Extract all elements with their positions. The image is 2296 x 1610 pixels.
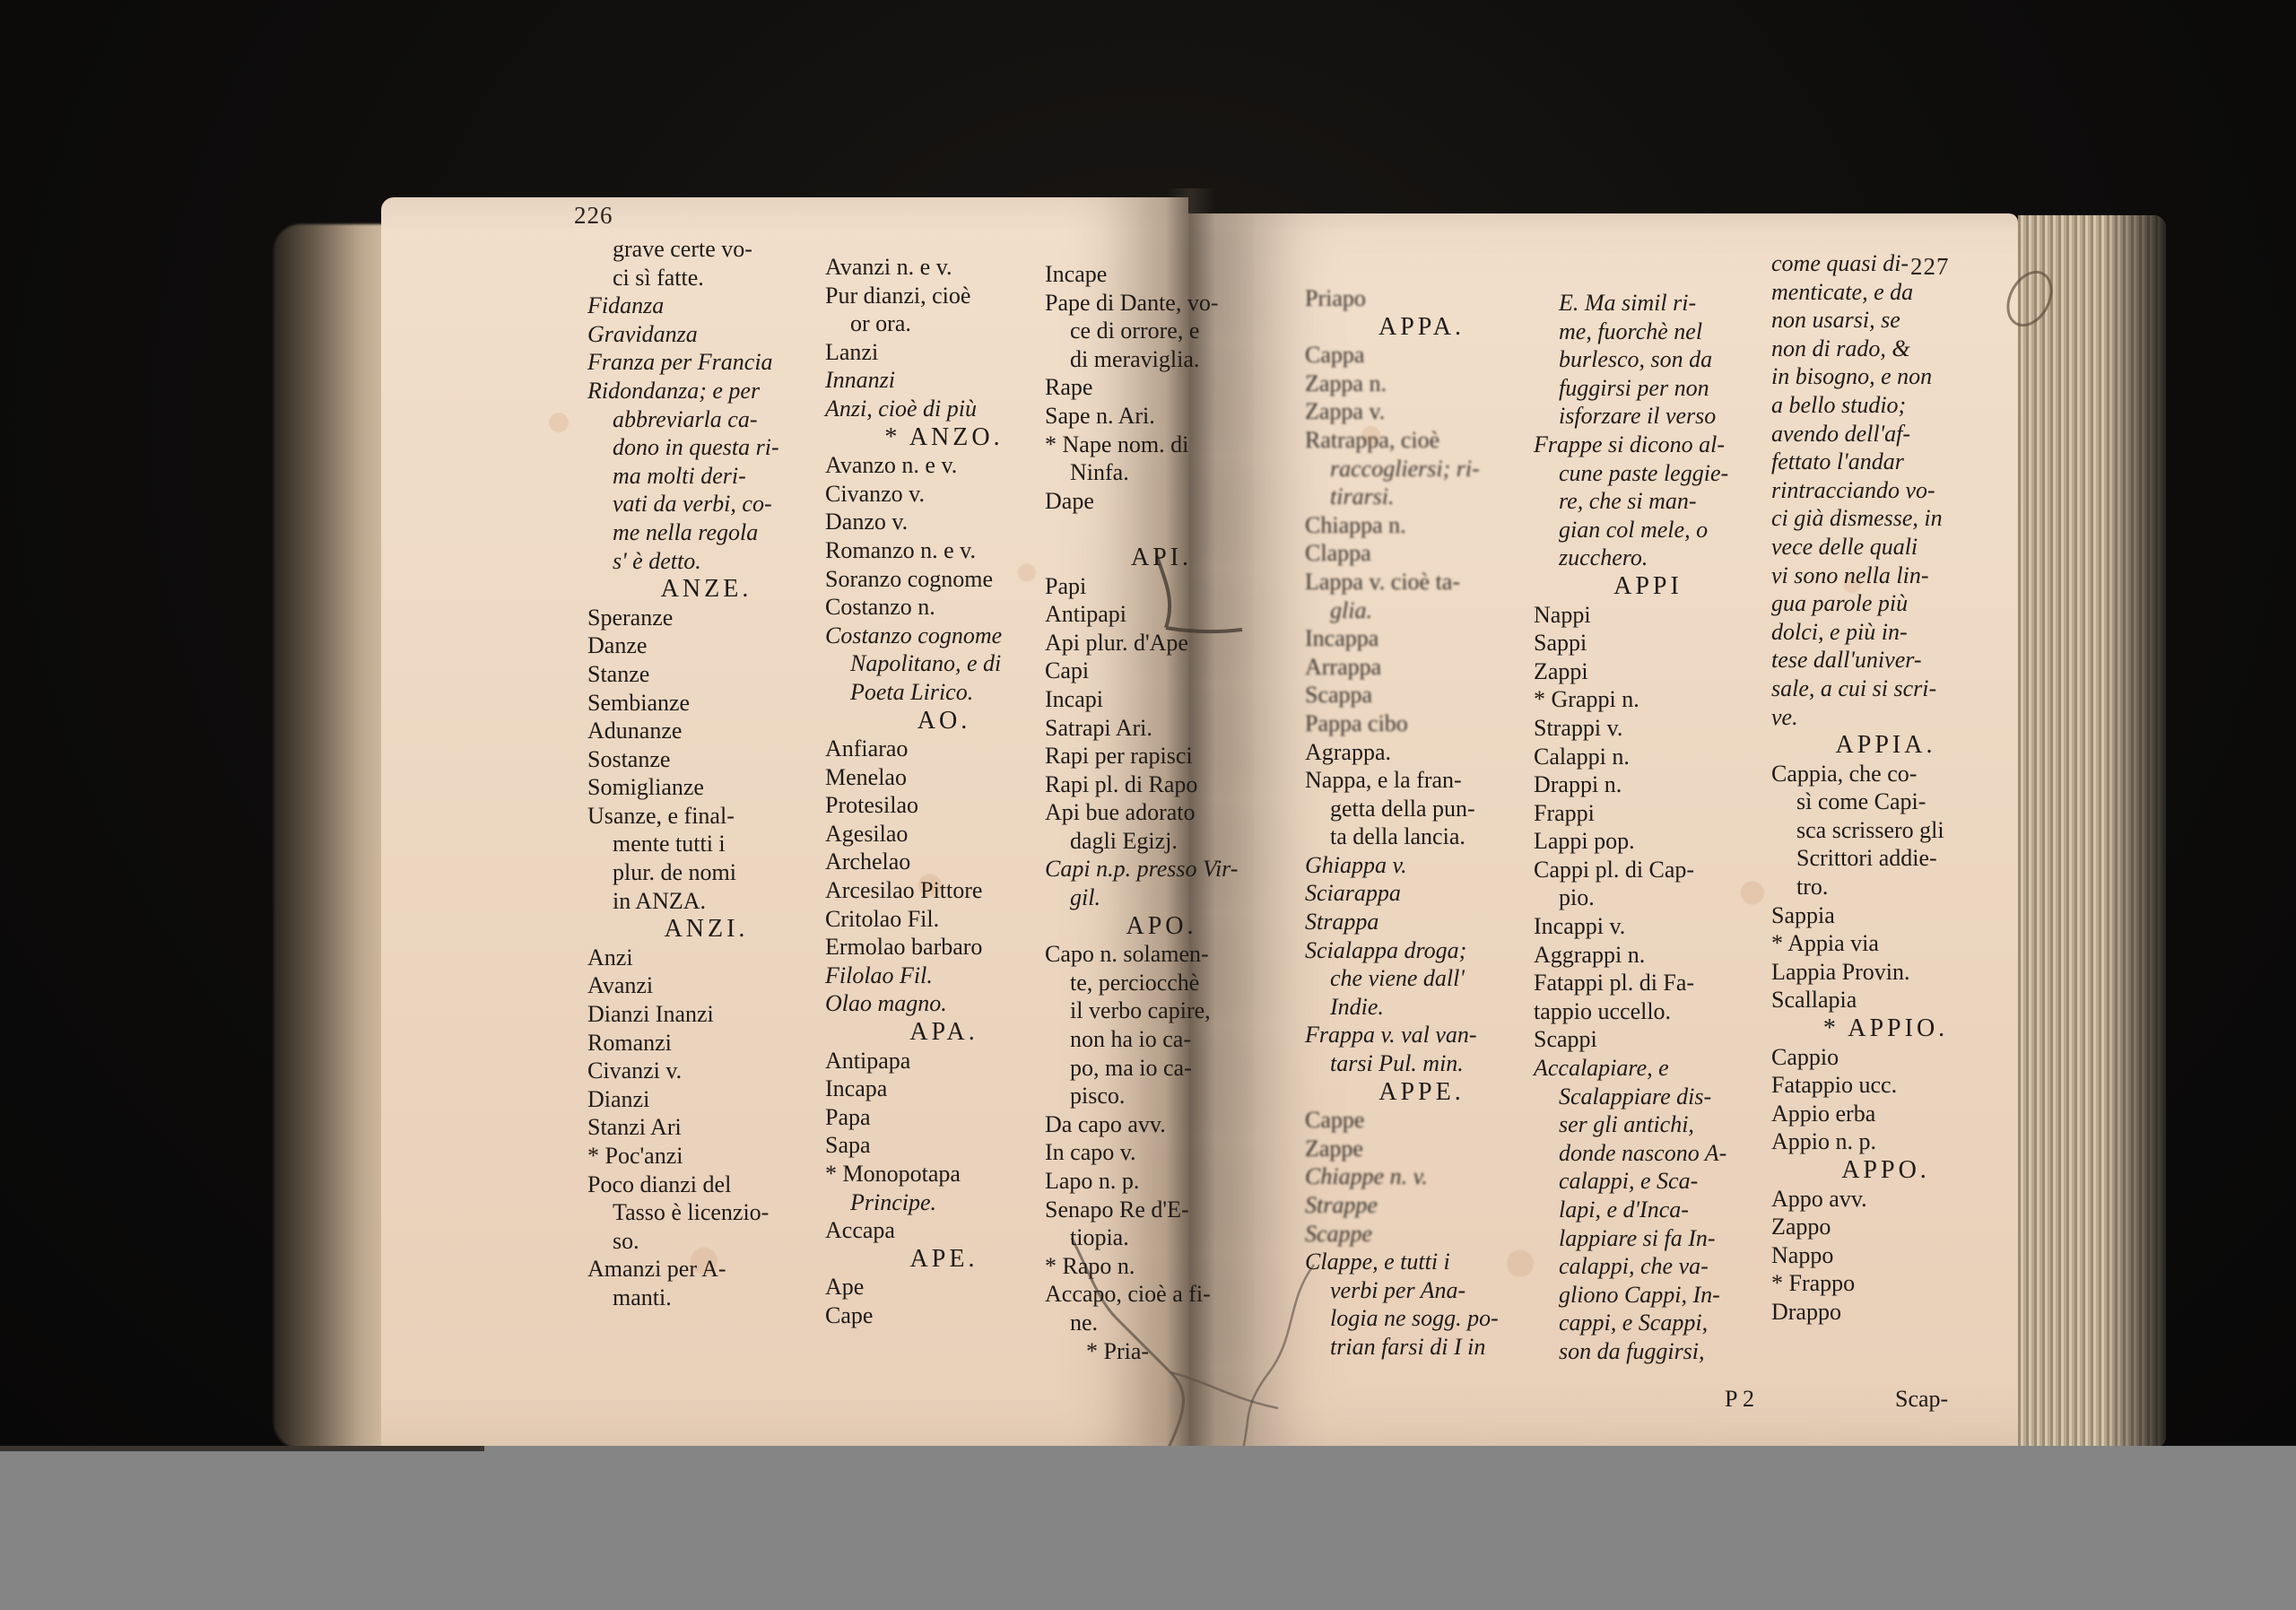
dictionary-line: pio. bbox=[1534, 883, 1762, 912]
dictionary-line: Arcesilao Pittore bbox=[825, 876, 1063, 905]
dictionary-line: cune paste leggie- bbox=[1534, 459, 1762, 488]
dictionary-line: Fatappi pl. di Fa- bbox=[1534, 969, 1762, 997]
dictionary-line: Anfiarao bbox=[825, 735, 1063, 763]
left-page-edges bbox=[274, 224, 395, 1449]
left-page-column-1: grave certe vo-ci sì fatte.FidanzaGravid… bbox=[587, 235, 825, 1312]
dictionary-line: Lappia Provin. bbox=[1771, 958, 2000, 987]
dictionary-line: Da capo avv. bbox=[1045, 1110, 1278, 1139]
dictionary-line: Principe. bbox=[825, 1188, 1063, 1217]
dictionary-line: Pappa cibo bbox=[1305, 709, 1538, 738]
dictionary-line: Cappi pl. di Cap- bbox=[1534, 856, 1762, 884]
dictionary-line: Filolao Fil. bbox=[825, 962, 1063, 990]
dictionary-line: sale, a cui si scri- bbox=[1771, 674, 2000, 703]
rhyme-heading: * APPIO. bbox=[1771, 1014, 2000, 1043]
dictionary-line: non usarsi, se bbox=[1771, 306, 2000, 335]
dictionary-line: Ermolao barbaro bbox=[825, 933, 1063, 962]
dictionary-line: fettato l'andar bbox=[1771, 448, 2000, 476]
dictionary-line: Clappe, e tutti i bbox=[1305, 1248, 1538, 1276]
rhyme-heading: APPA. bbox=[1305, 313, 1538, 342]
dictionary-line: gua parole più bbox=[1771, 589, 2000, 618]
dictionary-line: logia ne sogg. po- bbox=[1305, 1304, 1538, 1333]
rhyme-heading: APA. bbox=[825, 1018, 1063, 1047]
dictionary-line: Clappa bbox=[1305, 539, 1538, 568]
open-book: 226 grave certe vo-ci sì fatte.FidanzaGr… bbox=[274, 188, 2166, 1449]
dictionary-line: vi sono nella lin- bbox=[1771, 561, 2000, 590]
dictionary-line: tarsi Pul. min. bbox=[1305, 1049, 1538, 1078]
dictionary-line: tappio uccello. bbox=[1534, 997, 1762, 1026]
dictionary-line: Api plur. d'Ape bbox=[1045, 629, 1278, 657]
dictionary-line: Agrappa. bbox=[1305, 738, 1538, 767]
dictionary-line: grave certe vo- bbox=[587, 235, 825, 264]
dictionary-line: Aggrappi n. bbox=[1534, 941, 1762, 970]
dictionary-line: dagli Egizj. bbox=[1045, 827, 1278, 856]
dictionary-line: In capo v. bbox=[1045, 1138, 1278, 1167]
dictionary-line: Sembianze bbox=[587, 689, 825, 718]
dictionary-line: Ghiappa v. bbox=[1305, 851, 1538, 880]
rhyme-heading: AO. bbox=[825, 707, 1063, 735]
dictionary-line: fuggirsi per non bbox=[1534, 374, 1762, 403]
dictionary-line: Rape bbox=[1045, 373, 1278, 402]
dictionary-line: Priapo bbox=[1305, 284, 1538, 313]
dictionary-line: Accapa bbox=[825, 1216, 1063, 1245]
dictionary-line: Cape bbox=[825, 1301, 1063, 1330]
dictionary-line: getta della pun- bbox=[1305, 795, 1538, 823]
dictionary-line: Strappa bbox=[1305, 908, 1538, 936]
signature-mark: P 2 bbox=[1725, 1386, 1754, 1413]
dictionary-line: Agesilao bbox=[825, 820, 1063, 849]
dictionary-line: glia. bbox=[1305, 596, 1538, 625]
right-page-column-2: E. Ma simil ri-me, fuorchè nelburlesco, … bbox=[1534, 289, 1762, 1366]
dictionary-line: Cappe bbox=[1305, 1106, 1538, 1135]
catchword: Scap- bbox=[1895, 1386, 1948, 1413]
dictionary-line: pisco. bbox=[1045, 1082, 1278, 1110]
rhyme-heading: ANZE. bbox=[587, 575, 825, 604]
dictionary-line: ve. bbox=[1771, 703, 2000, 732]
page-number-left: 226 bbox=[574, 202, 613, 230]
dictionary-line: donde nascono A- bbox=[1534, 1139, 1762, 1168]
dictionary-line: Chiappa n. bbox=[1305, 511, 1538, 540]
dictionary-line: son da fuggirsi, bbox=[1534, 1337, 1762, 1366]
dictionary-line: Gravidanza bbox=[587, 320, 825, 349]
dictionary-line: menticate, e da bbox=[1771, 278, 2000, 307]
dictionary-line: rintracciando vo- bbox=[1771, 476, 2000, 505]
dictionary-line: so. bbox=[587, 1227, 825, 1256]
dictionary-line: Sape n. Ari. bbox=[1045, 402, 1278, 431]
dictionary-line: Frappi bbox=[1534, 799, 1762, 828]
rhyme-heading: APPIA. bbox=[1771, 731, 2000, 760]
left-page-column-3: IncapePape di Dante, vo-ce di orrore, ed… bbox=[1045, 260, 1278, 1365]
dictionary-line: Zappi bbox=[1534, 657, 1762, 686]
dictionary-line: * Poc'anzi bbox=[587, 1142, 825, 1171]
dictionary-line: Indie. bbox=[1305, 993, 1538, 1022]
dictionary-line: Rapi pl. di Rapo bbox=[1045, 770, 1278, 799]
dictionary-line: mente tutti i bbox=[587, 830, 825, 858]
dictionary-line: po, ma io ca- bbox=[1045, 1054, 1278, 1083]
dictionary-line: Amanzi per A- bbox=[587, 1255, 825, 1284]
dictionary-line: Sappia bbox=[1771, 901, 2000, 930]
dictionary-line: Ninfa. bbox=[1045, 458, 1278, 487]
scanner-band-edge bbox=[0, 1446, 484, 1451]
dictionary-line: Sciarappa bbox=[1305, 879, 1538, 908]
dictionary-line: re, che si man- bbox=[1534, 487, 1762, 516]
dictionary-line: sì come Capi- bbox=[1771, 788, 2000, 816]
dictionary-line: Avanzi bbox=[587, 971, 825, 1000]
dictionary-line: Critolao Fil. bbox=[825, 905, 1063, 934]
dictionary-line: Stanzi Ari bbox=[587, 1113, 825, 1142]
right-page-column-1: PriapoAPPA.CappaZappa n.Zappa v.Ratrappa… bbox=[1305, 284, 1538, 1362]
dictionary-line: calappi, e Sca- bbox=[1534, 1167, 1762, 1196]
dictionary-line: gian col mele, o bbox=[1534, 516, 1762, 544]
dictionary-line: Anzi bbox=[587, 944, 825, 972]
dictionary-line: Avanzo n. e v. bbox=[825, 451, 1063, 480]
dictionary-line: Usanze, e final- bbox=[587, 802, 825, 831]
dictionary-line: Frappa v. val van- bbox=[1305, 1021, 1538, 1049]
dictionary-line: Civanzo v. bbox=[825, 480, 1063, 509]
dictionary-line: Zappa v. bbox=[1305, 397, 1538, 426]
dictionary-line: * Frappo bbox=[1771, 1269, 2000, 1298]
dictionary-line: Capo n. solamen- bbox=[1045, 940, 1278, 969]
dictionary-line: * Nape nom. di bbox=[1045, 431, 1278, 459]
dictionary-line: tro. bbox=[1771, 873, 2000, 901]
rhyme-heading: APE. bbox=[825, 1245, 1063, 1274]
rhyme-heading: API. bbox=[1045, 544, 1278, 572]
dictionary-line: Sapa bbox=[825, 1131, 1063, 1160]
dictionary-line: Sappi bbox=[1534, 629, 1762, 657]
dictionary-line: in ANZA. bbox=[587, 887, 825, 916]
rhyme-heading: APPE. bbox=[1305, 1078, 1538, 1107]
dictionary-line: Ratrappa, cioè bbox=[1305, 426, 1538, 455]
dictionary-line: Adunanze bbox=[587, 717, 825, 745]
dictionary-line: Scallapia bbox=[1771, 986, 2000, 1014]
dictionary-line: tiopia. bbox=[1045, 1223, 1278, 1252]
dictionary-line: Senapo Re d'E- bbox=[1045, 1196, 1278, 1224]
dictionary-line: Frappe si dicono al- bbox=[1534, 431, 1762, 459]
dictionary-line: Pur dianzi, cioè bbox=[825, 282, 1063, 310]
dictionary-line: Romanzi bbox=[587, 1029, 825, 1057]
dictionary-line: Capi bbox=[1045, 657, 1278, 685]
dictionary-line: Dape bbox=[1045, 487, 1278, 516]
dictionary-line: Danzo v. bbox=[825, 508, 1063, 536]
dictionary-line: cappi, e Scappi, bbox=[1534, 1309, 1762, 1337]
dictionary-line: * Monopotapa bbox=[825, 1160, 1063, 1188]
dictionary-line: Capi n.p. presso Vir- bbox=[1045, 855, 1278, 883]
dictionary-line: Soranzo cognome bbox=[825, 565, 1063, 594]
dictionary-line: Scialappa droga; bbox=[1305, 936, 1538, 965]
dictionary-line: Menelao bbox=[825, 763, 1063, 792]
dictionary-line: Zappo bbox=[1771, 1213, 2000, 1241]
dictionary-line: non ha io ca- bbox=[1045, 1025, 1278, 1054]
dictionary-line: Lappa v. cioè ta- bbox=[1305, 568, 1538, 596]
dictionary-line: Incapi bbox=[1045, 685, 1278, 714]
dictionary-line: Poco dianzi del bbox=[587, 1171, 825, 1199]
dictionary-line: Costanzo cognome bbox=[825, 622, 1063, 650]
dictionary-line: * Grappi n. bbox=[1534, 685, 1762, 714]
dictionary-line: Incappi v. bbox=[1534, 912, 1762, 941]
dictionary-line: burlesco, son da bbox=[1534, 345, 1762, 374]
dictionary-line: Cappia, che co- bbox=[1771, 760, 2000, 788]
dictionary-line: Ape bbox=[825, 1273, 1063, 1301]
dictionary-line: Chiappe n. v. bbox=[1305, 1162, 1538, 1191]
dictionary-line: vati da verbi, co- bbox=[587, 490, 825, 518]
dictionary-line: Scappe bbox=[1305, 1220, 1538, 1249]
dictionary-line: Accapo, cioè a fi- bbox=[1045, 1280, 1278, 1309]
dictionary-line: Anzi, cioè di più bbox=[825, 395, 1063, 423]
rhyme-heading: APPI bbox=[1534, 572, 1762, 601]
dictionary-line: Nappa, e la fran- bbox=[1305, 766, 1538, 795]
dictionary-line: Civanzi v. bbox=[587, 1057, 825, 1085]
dictionary-line: Incape bbox=[1045, 260, 1278, 289]
dictionary-line: Tasso è licenzio- bbox=[587, 1198, 825, 1227]
dictionary-line: a bello studio; bbox=[1771, 391, 2000, 420]
dictionary-line: Franza per Francia bbox=[587, 348, 825, 377]
scanner-bottom-band bbox=[0, 1446, 2296, 1610]
rhyme-heading: APO. bbox=[1045, 912, 1278, 941]
dictionary-line: * Appia via bbox=[1771, 929, 2000, 958]
dictionary-line: Scappa bbox=[1305, 681, 1538, 709]
dictionary-line: Cappio bbox=[1771, 1043, 2000, 1072]
dictionary-line: Appio n. p. bbox=[1771, 1127, 2000, 1156]
dictionary-line: ma molti deri- bbox=[587, 462, 825, 491]
dictionary-line: or ora. bbox=[825, 309, 1063, 338]
rhyme-heading: * ANZO. bbox=[825, 423, 1063, 452]
dictionary-line: calappi, che va- bbox=[1534, 1252, 1762, 1281]
dictionary-line: ce di orrore, e bbox=[1045, 317, 1278, 345]
dictionary-line: Drappi n. bbox=[1534, 770, 1762, 799]
dictionary-line: Strappe bbox=[1305, 1191, 1538, 1220]
dictionary-line: gliono Cappi, In- bbox=[1534, 1281, 1762, 1310]
dictionary-line: Fidanza bbox=[587, 292, 825, 320]
dictionary-line: E. Ma simil ri- bbox=[1534, 289, 1762, 318]
dictionary-line: verbi per Ana- bbox=[1305, 1276, 1538, 1305]
dictionary-line: Innanzi bbox=[825, 366, 1063, 395]
dictionary-line: Danze bbox=[587, 631, 825, 660]
dictionary-line: * Rapo n. bbox=[1045, 1252, 1278, 1281]
dictionary-line: Scrittori addie- bbox=[1771, 844, 2000, 873]
dictionary-line: manti. bbox=[587, 1284, 825, 1312]
dictionary-line: Somiglianze bbox=[587, 773, 825, 802]
dictionary-line: s' è detto. bbox=[587, 547, 825, 576]
dictionary-line: ci sì fatte. bbox=[587, 264, 825, 292]
right-page-edges bbox=[2018, 215, 2166, 1449]
dictionary-line: ser gli antichi, bbox=[1534, 1110, 1762, 1139]
dictionary-line: ne. bbox=[1045, 1309, 1278, 1337]
dictionary-line: Appo avv. bbox=[1771, 1185, 2000, 1214]
dictionary-line: abbreviarla ca- bbox=[587, 405, 825, 434]
dictionary-line bbox=[1045, 515, 1278, 544]
rhyme-heading: APPO. bbox=[1771, 1156, 2000, 1185]
dictionary-line: di meraviglia. bbox=[1045, 345, 1278, 374]
dictionary-line: Nappo bbox=[1771, 1241, 2000, 1270]
dictionary-line: Protesilao bbox=[825, 791, 1063, 820]
dictionary-line: Appio erba bbox=[1771, 1100, 2000, 1128]
dictionary-line: Lapo n. p. bbox=[1045, 1167, 1278, 1196]
dictionary-line: non di rado, & bbox=[1771, 335, 2000, 363]
dictionary-line: dono in questa ri- bbox=[587, 433, 825, 462]
dictionary-line: Papi bbox=[1045, 572, 1278, 601]
dictionary-line: il verbo capire, bbox=[1045, 996, 1278, 1025]
dictionary-line: Sostanze bbox=[587, 745, 825, 774]
dictionary-line: Rapi per rapisci bbox=[1045, 742, 1278, 770]
dictionary-line: Stanze bbox=[587, 660, 825, 689]
dictionary-line: che viene dall' bbox=[1305, 964, 1538, 993]
dictionary-line: Speranze bbox=[587, 604, 825, 632]
right-page-column-3: come quasi di-menticate, e danon usarsi,… bbox=[1771, 249, 2000, 1327]
dictionary-line: in bisogno, e non bbox=[1771, 362, 2000, 391]
dictionary-line: lappiare si fa In- bbox=[1534, 1224, 1762, 1253]
dictionary-line: Api bue adorato bbox=[1045, 798, 1278, 827]
dictionary-line: me nella regola bbox=[587, 518, 825, 547]
dictionary-line: sca scrissero gli bbox=[1771, 816, 2000, 845]
dictionary-line: plur. de nomi bbox=[587, 858, 825, 887]
dictionary-line: Incapa bbox=[825, 1075, 1063, 1103]
dictionary-line: Romanzo n. e v. bbox=[825, 536, 1063, 565]
dictionary-line: Lappi pop. bbox=[1534, 827, 1762, 856]
dictionary-line: Costanzo n. bbox=[825, 593, 1063, 622]
dictionary-line: Pape di Dante, vo- bbox=[1045, 289, 1278, 318]
dictionary-line: trian farsi di I in bbox=[1305, 1333, 1538, 1362]
dictionary-line: Avanzi n. e v. bbox=[825, 253, 1063, 282]
dictionary-line: dolci, e più in- bbox=[1771, 618, 2000, 647]
dictionary-line: tese dall'univer- bbox=[1771, 646, 2000, 674]
dictionary-line: Napolitano, e di bbox=[825, 649, 1063, 678]
dictionary-line: Scappi bbox=[1534, 1025, 1762, 1054]
dictionary-line: Antipapi bbox=[1045, 600, 1278, 629]
dictionary-line: lapi, e d'Inca- bbox=[1534, 1196, 1762, 1224]
dictionary-line: me, fuorchè nel bbox=[1534, 318, 1762, 346]
dictionary-line: Satrapi Ari. bbox=[1045, 714, 1278, 743]
dictionary-line: Zappa n. bbox=[1305, 370, 1538, 398]
dictionary-line: Zappe bbox=[1305, 1135, 1538, 1163]
dictionary-line: Drappo bbox=[1771, 1298, 2000, 1327]
dictionary-line: avendo dell'af- bbox=[1771, 420, 2000, 448]
dictionary-line: Dianzi bbox=[587, 1085, 825, 1114]
dictionary-line: Poeta Lirico. bbox=[825, 678, 1063, 707]
dictionary-line: * Pria- bbox=[1045, 1337, 1278, 1366]
dictionary-line: gil. bbox=[1045, 883, 1278, 912]
dictionary-line: Dianzi Inanzi bbox=[587, 1000, 825, 1029]
dictionary-line: Fatappio ucc. bbox=[1771, 1071, 2000, 1100]
dictionary-line: vece delle quali bbox=[1771, 533, 2000, 561]
dictionary-line: Lanzi bbox=[825, 338, 1063, 367]
dictionary-line: Papa bbox=[825, 1103, 1063, 1132]
rhyme-heading: ANZI. bbox=[587, 915, 825, 944]
dictionary-line: Accalapiare, e bbox=[1534, 1054, 1762, 1083]
dictionary-line: Ridondanza; e per bbox=[587, 377, 825, 405]
dictionary-line: Calappi n. bbox=[1534, 743, 1762, 771]
dictionary-line: raccogliersi; ri- bbox=[1305, 455, 1538, 483]
dictionary-line: te, perciocchè bbox=[1045, 969, 1278, 997]
dictionary-line: Olao magno. bbox=[825, 989, 1063, 1018]
dictionary-line: Scalappiare dis- bbox=[1534, 1083, 1762, 1111]
dictionary-line: Arrappa bbox=[1305, 653, 1538, 682]
dictionary-line: Incappa bbox=[1305, 624, 1538, 653]
dictionary-line: ci già dismesse, in bbox=[1771, 504, 2000, 533]
dictionary-line: isforzare il verso bbox=[1534, 402, 1762, 431]
dictionary-line: Antipapa bbox=[825, 1047, 1063, 1075]
dictionary-line: Nappi bbox=[1534, 601, 1762, 630]
dictionary-line: come quasi di- bbox=[1771, 249, 2000, 278]
dictionary-line: Cappa bbox=[1305, 341, 1538, 370]
dictionary-line: Archelao bbox=[825, 848, 1063, 876]
dictionary-line: Strappi v. bbox=[1534, 714, 1762, 743]
dictionary-line: ta della lancia. bbox=[1305, 822, 1538, 851]
dictionary-line: zucchero. bbox=[1534, 544, 1762, 572]
left-page-column-2: Avanzi n. e v.Pur dianzi, cioèor ora.Lan… bbox=[825, 253, 1063, 1330]
dictionary-line: tirarsi. bbox=[1305, 483, 1538, 511]
